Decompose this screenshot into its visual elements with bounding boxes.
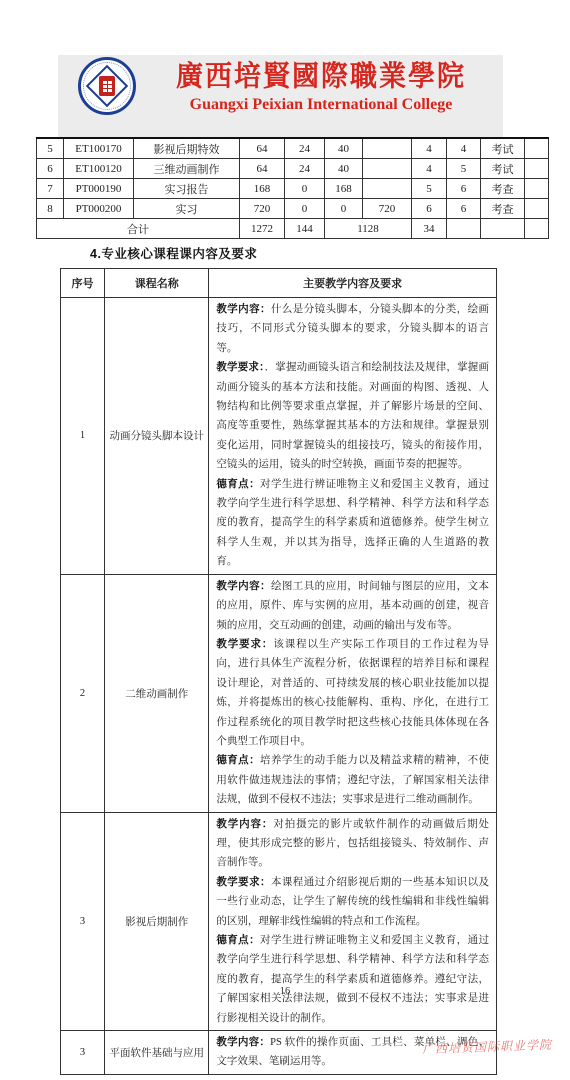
header-row: 序号 课程名称 主要教学内容及要求 xyxy=(61,269,497,298)
course-name-cell: 三维动画制作 xyxy=(134,159,240,179)
course-name-cell: 平面软件基础与应用 xyxy=(105,1031,209,1075)
moral-education-paragraph: 德育点：对学生进行辨证唯物主义和爱国主义教育，通过教学向学生进行科学思想、科学精… xyxy=(216,475,489,572)
table-row: 8 PT000200 实习 720 0 0 720 6 6 考查 xyxy=(37,199,549,219)
teaching-requirement-paragraph: 教学要求：该课程以生产实际工作项目的工作过程为导向，进行具体生产流程分析，依据课… xyxy=(216,635,489,751)
col-header-content: 主要教学内容及要求 xyxy=(209,269,497,298)
exam-type-cell: 考试 xyxy=(481,138,525,159)
course-code-cell: PT000200 xyxy=(64,199,134,219)
hours-cell: 720 xyxy=(240,199,285,219)
paragraph-text: ．掌握动画镜头语言和绘制技法及规律，掌握画动画分镜头的基本方法和技能。对画面的构… xyxy=(216,362,489,470)
paragraph-label: 德育点： xyxy=(216,934,260,946)
college-titles: 廣西培賢國際職業學院 Guangxi Peixian International… xyxy=(146,61,496,115)
credits-cell: 4 xyxy=(412,138,447,159)
row-no-cell: 6 xyxy=(37,159,64,179)
term-cell: 4 xyxy=(447,138,481,159)
teaching-content-paragraph: 教学内容：绘图工具的应用，时间轴与图层的应用，文本的应用，原件、库与实例的应用，… xyxy=(216,577,489,635)
term-cell: 6 xyxy=(447,199,481,219)
course-name-cell: 动画分镜头脚本设计 xyxy=(105,298,209,575)
course-code-cell: ET100120 xyxy=(64,159,134,179)
empty-cell xyxy=(525,199,549,219)
course-content-cell: 教学内容：对拍摄完的影片或软件制作的动画做后期处理，使其形成完整的影片，包括组接… xyxy=(209,812,497,1030)
table-row: 3 影视后期制作 教学内容：对拍摄完的影片或软件制作的动画做后期处理，使其形成完… xyxy=(61,812,497,1030)
paragraph-text: 对学生进行辨证唯物主义和爱国主义教育，通过教学向学生进行科学思想、科学精神、科学… xyxy=(216,479,489,568)
course-content-cell: 教学内容：什么是分镜头脚本，分镜头脚本的分类，绘画技巧，不同形式分镜头脚本的要求… xyxy=(209,298,497,575)
empty-cell xyxy=(447,219,481,239)
table-row: 7 PT000190 实习报告 168 0 168 5 6 考查 xyxy=(37,179,549,199)
hours-cell: 64 xyxy=(240,138,285,159)
paragraph-label: 教学内容： xyxy=(216,818,273,830)
college-name-english: Guangxi Peixian International College xyxy=(146,95,496,115)
empty-cell xyxy=(525,219,549,239)
total-hours-cell: 1272 xyxy=(240,219,285,239)
empty-cell xyxy=(481,219,525,239)
total-credits-cell: 34 xyxy=(412,219,447,239)
row-no-cell: 5 xyxy=(37,138,64,159)
section-title: 4.专业核心课程课内容及要求 xyxy=(90,244,257,262)
course-name-cell: 实习报告 xyxy=(134,179,240,199)
document-page: 廣西培賢國際職業學院 Guangxi Peixian International… xyxy=(0,0,570,1080)
hours-cell: 40 xyxy=(325,159,363,179)
col-header-course: 课程名称 xyxy=(105,269,209,298)
total-theory-cell: 144 xyxy=(285,219,325,239)
table-row: 2 二维动画制作 教学内容：绘图工具的应用，时间轴与图层的应用，文本的应用，原件… xyxy=(61,574,497,812)
core-course-table: 序号 课程名称 主要教学内容及要求 1 动画分镜头脚本设计 教学内容：什么是分镜… xyxy=(60,268,497,1075)
empty-cell xyxy=(525,179,549,199)
course-code-cell: ET100170 xyxy=(64,138,134,159)
exam-type-cell: 考查 xyxy=(481,179,525,199)
paragraph-label: 德育点： xyxy=(216,754,260,766)
empty-cell xyxy=(525,138,549,159)
course-hours-table: 5 ET100170 影视后期特效 64 24 40 4 4 考试 6 ET10… xyxy=(36,137,549,239)
college-watermark: 广西培贤国际职业学院 xyxy=(422,1036,553,1058)
hours-cell xyxy=(363,138,412,159)
course-name-cell: 影视后期特效 xyxy=(134,138,240,159)
course-name-cell: 二维动画制作 xyxy=(105,574,209,812)
table-row: 1 动画分镜头脚本设计 教学内容：什么是分镜头脚本，分镜头脚本的分类，绘画技巧，… xyxy=(61,298,497,575)
row-no-cell: 3 xyxy=(61,1031,105,1075)
paragraph-label: 教学要求： xyxy=(216,361,264,373)
teaching-content-paragraph: 教学内容：对拍摄完的影片或软件制作的动画做后期处理，使其形成完整的影片，包括组接… xyxy=(216,815,489,873)
credits-cell: 4 xyxy=(412,159,447,179)
term-cell: 5 xyxy=(447,159,481,179)
row-no-cell: 7 xyxy=(37,179,64,199)
total-row: 合计 1272 144 1128 34 xyxy=(37,219,549,239)
moral-education-paragraph: 德育点：对学生进行辨证唯物主义和爱国主义教育，通过教学向学生进行科学思想、科学精… xyxy=(216,931,489,1028)
paragraph-label: 教学内容： xyxy=(216,303,271,315)
hours-cell xyxy=(363,159,412,179)
total-label-cell: 合计 xyxy=(37,219,240,239)
course-code-cell: PT000190 xyxy=(64,179,134,199)
moral-education-paragraph: 德育点：培养学生的动手能力以及精益求精的精神，不使用软件做违规违法的事情；遵纪守… xyxy=(216,751,489,809)
row-no-cell: 1 xyxy=(61,298,105,575)
hours-cell: 168 xyxy=(240,179,285,199)
page-number: 16 xyxy=(0,986,570,997)
row-no-cell: 2 xyxy=(61,574,105,812)
hours-cell xyxy=(363,179,412,199)
col-header-no: 序号 xyxy=(61,269,105,298)
paragraph-text: 对学生进行辨证唯物主义和爱国主义教育，通过教学向学生进行科学思想、科学精神、科学… xyxy=(216,935,489,1024)
open-book-icon xyxy=(103,81,112,92)
hours-cell: 0 xyxy=(325,199,363,219)
teaching-requirement-paragraph: 教学要求：．掌握动画镜头语言和绘制技法及规律，掌握画动画分镜头的基本方法和技能。… xyxy=(216,358,489,474)
paragraph-label: 德育点： xyxy=(216,478,260,490)
row-no-cell: 8 xyxy=(37,199,64,219)
paragraph-label: 教学内容： xyxy=(216,580,271,592)
college-header: 廣西培賢國際職業學院 Guangxi Peixian International… xyxy=(58,55,503,137)
exam-type-cell: 考查 xyxy=(481,199,525,219)
hours-cell: 64 xyxy=(240,159,285,179)
table-row: 6 ET100120 三维动画制作 64 24 40 4 5 考试 xyxy=(37,159,549,179)
paragraph-label: 教学要求： xyxy=(216,638,273,650)
term-cell: 6 xyxy=(447,179,481,199)
course-content-cell: 教学内容：绘图工具的应用，时间轴与图层的应用，文本的应用，原件、库与实例的应用，… xyxy=(209,574,497,812)
hours-cell: 0 xyxy=(285,199,325,219)
empty-cell xyxy=(525,159,549,179)
hours-cell: 0 xyxy=(285,179,325,199)
paragraph-label: 教学内容： xyxy=(216,1036,270,1048)
course-name-cell: 实习 xyxy=(134,199,240,219)
teaching-requirement-paragraph: 教学要求：本课程通过介绍影视后期的一些基本知识以及一些行业动态，让学生了解传统的… xyxy=(216,873,489,931)
paragraph-label: 教学要求： xyxy=(216,876,271,888)
hours-cell: 720 xyxy=(363,199,412,219)
hours-cell: 24 xyxy=(285,138,325,159)
paragraph-text: 该课程以生产实际工作项目的工作过程为导向，进行具体生产流程分析，依据课程的培养目… xyxy=(216,639,489,747)
college-seal-logo xyxy=(78,57,136,115)
credits-cell: 5 xyxy=(412,179,447,199)
exam-type-cell: 考试 xyxy=(481,159,525,179)
course-name-cell: 影视后期制作 xyxy=(105,812,209,1030)
total-practice-cell: 1128 xyxy=(325,219,412,239)
hours-cell: 168 xyxy=(325,179,363,199)
hours-cell: 40 xyxy=(325,138,363,159)
teaching-content-paragraph: 教学内容：什么是分镜头脚本，分镜头脚本的分类，绘画技巧，不同形式分镜头脚本的要求… xyxy=(216,300,489,358)
logo-book-emblem-icon xyxy=(99,76,115,96)
table-row: 5 ET100170 影视后期特效 64 24 40 4 4 考试 xyxy=(37,138,549,159)
credits-cell: 6 xyxy=(412,199,447,219)
college-name-chinese: 廣西培賢國際職業學院 xyxy=(146,60,496,94)
row-no-cell: 3 xyxy=(61,812,105,1030)
hours-cell: 24 xyxy=(285,159,325,179)
